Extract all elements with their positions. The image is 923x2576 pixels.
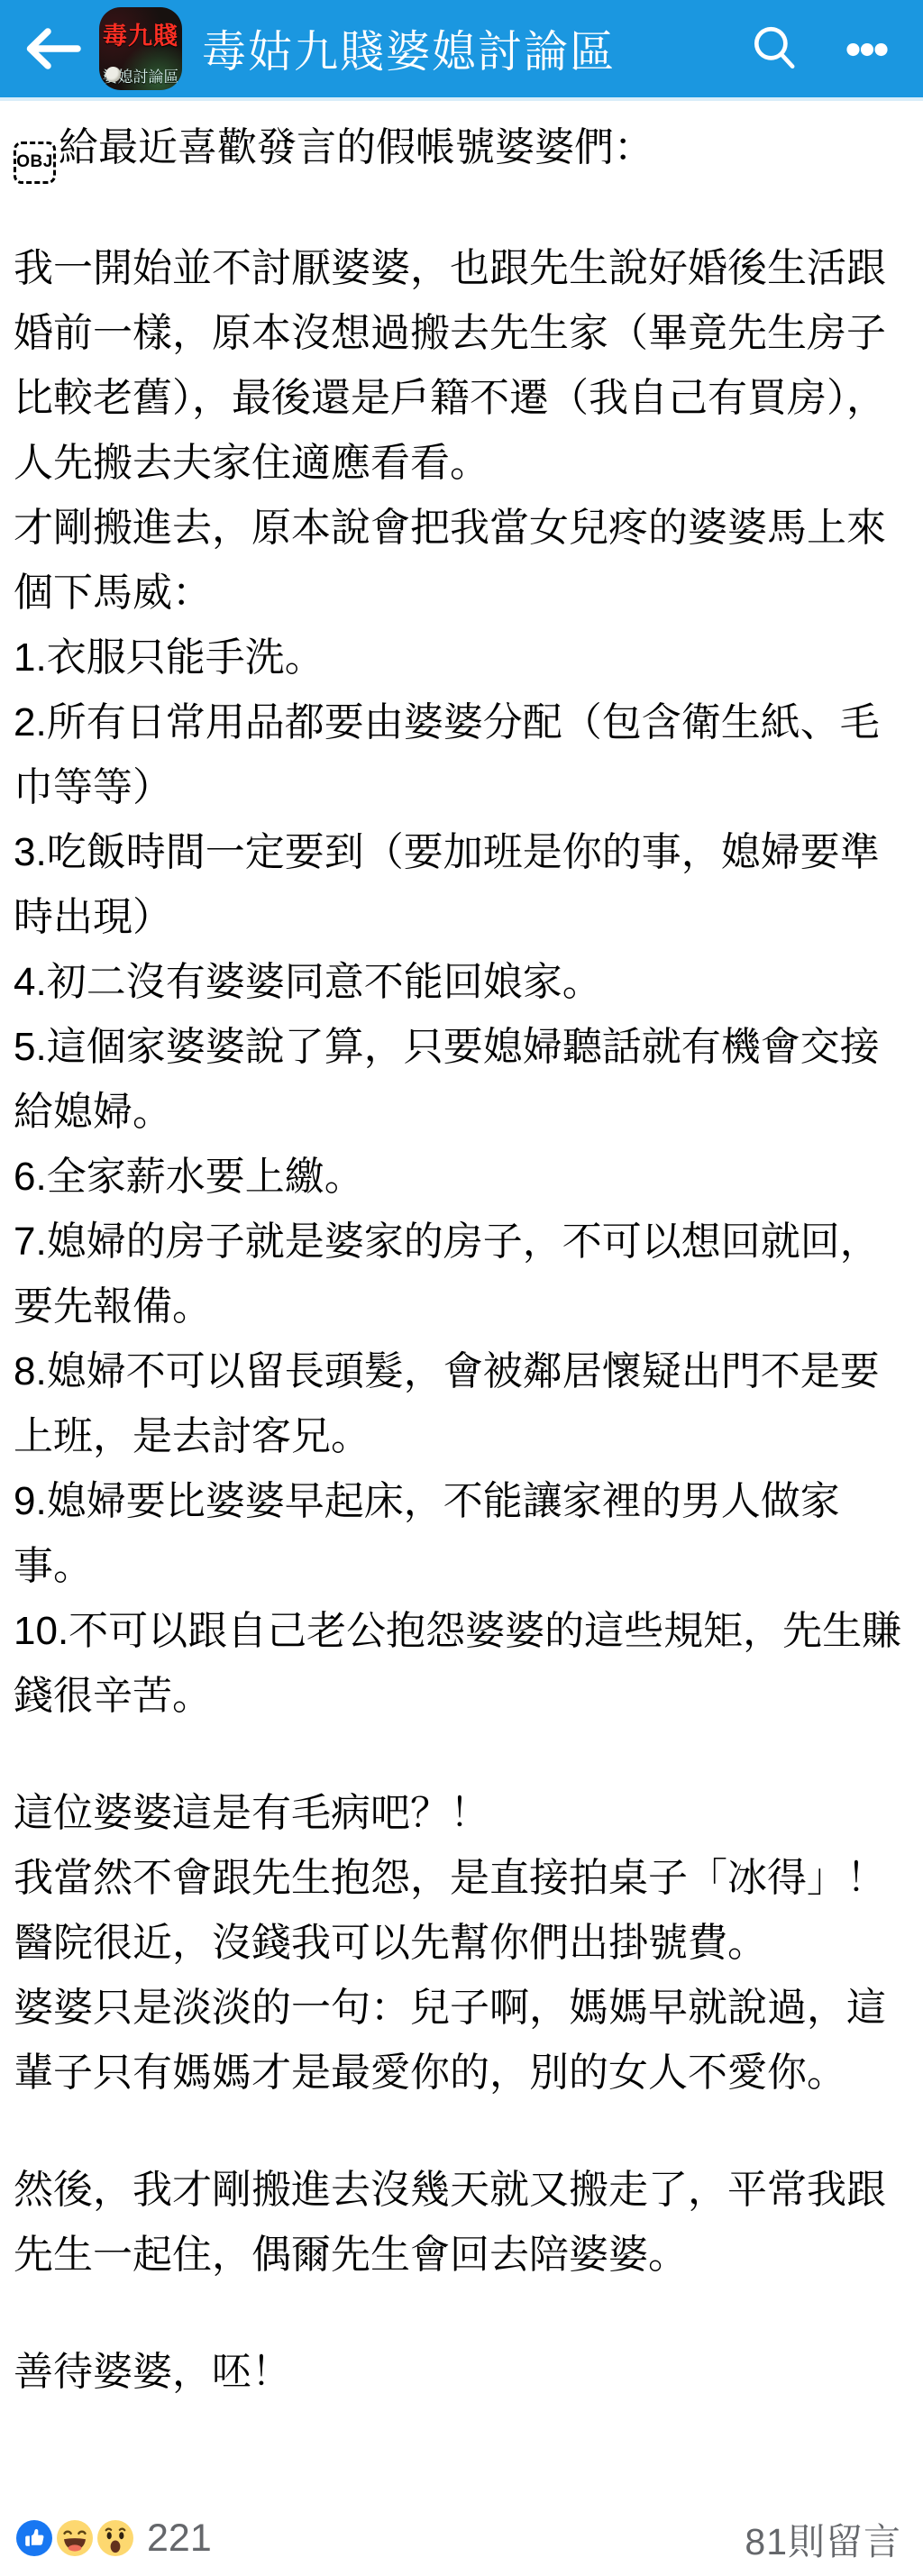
post-paragraph: 然後，我才剛搬進去沒幾天就又搬走了，平常我跟先生一起住，偶爾先生會回去陪婆婆。 xyxy=(14,2158,909,2288)
group-title[interactable]: 毒姑九賤婆媳討論區 xyxy=(202,17,746,80)
more-horizontal-icon xyxy=(841,23,893,75)
post-paragraph: 6.全家薪水要上繳。 xyxy=(14,1145,909,1210)
paragraph-spacer xyxy=(14,1729,909,1781)
reaction-icons[interactable] xyxy=(16,2520,133,2556)
post-paragraph: 4.初二沒有婆婆同意不能回娘家。 xyxy=(14,950,909,1015)
post-paragraph: 我一開始並不討厭婆婆，也跟先生說好婚後生活跟婚前一樣，原本沒想過搬去先生家（畢竟… xyxy=(14,236,909,496)
engagement-bar: 221 81則留言 xyxy=(0,2513,923,2576)
back-button[interactable] xyxy=(20,23,87,74)
comments-count[interactable]: 81則留言 xyxy=(745,2512,901,2565)
post-paragraph: 才剛搬進去，原本說會把我當女兒疼的婆婆馬上來個下馬威： xyxy=(14,496,909,626)
post-paragraph: 9.媳婦要比婆婆早起床，不能讓家裡的男人做家事。 xyxy=(14,1469,909,1599)
group-header: 毒九賤 婆媳討論區 毒姑九賤婆媳討論區 xyxy=(0,0,923,101)
post-paragraph: OBJ給最近喜歡發言的假帳號婆婆們： xyxy=(14,115,909,184)
group-avatar[interactable]: 毒九賤 婆媳討論區 xyxy=(99,7,182,90)
post-paragraph: 醫院很近，沒錢我可以先幫你們出掛號費。 xyxy=(14,1911,909,1976)
post-paragraph: 我當然不會跟先生抱怨，是直接拍桌子「冰得」！ xyxy=(14,1846,909,1911)
post-paragraph: 10.不可以跟自己老公抱怨婆婆的這些規矩，先生賺錢很辛苦。 xyxy=(14,1599,909,1729)
search-button[interactable] xyxy=(746,20,804,78)
post-paragraph: 善待婆婆，呸！ xyxy=(14,2340,909,2405)
paragraph-spacer xyxy=(14,2106,909,2158)
post-paragraph: 婆婆只是淡淡的一句：兒子啊，媽媽早就說過，這輩子只有媽媽才是最愛你的，別的女人不… xyxy=(14,1976,909,2106)
back-arrow-icon xyxy=(20,23,83,74)
post-paragraph: 3.吃飯時間一定要到（要加班是你的事，媳婦要準時出現） xyxy=(14,820,909,950)
like-reaction-icon xyxy=(16,2520,52,2556)
avatar-baseball-decor xyxy=(105,67,121,82)
post-paragraph: 7.媳婦的房子就是婆家的房子，不可以想回就回，要先報備。 xyxy=(14,1210,909,1339)
post-paragraph: 1.衣服只能手洗。 xyxy=(14,626,909,690)
haha-reaction-icon xyxy=(57,2520,93,2556)
reaction-count[interactable]: 221 xyxy=(147,2517,212,2561)
post-body: OBJ給最近喜歡發言的假帳號婆婆們：我一開始並不討厭婆婆，也跟先生說好婚後生活跟… xyxy=(0,101,923,2405)
search-icon xyxy=(749,23,801,75)
post-paragraph: 2.所有日常用品都要由婆婆分配（包含衛生紙、毛巾等等） xyxy=(14,690,909,820)
post-paragraph: 5.這個家婆婆說了算，只要媳婦聽話就有機會交接給媳婦。 xyxy=(14,1015,909,1145)
wow-reaction-icon xyxy=(97,2520,133,2556)
more-button[interactable] xyxy=(838,20,896,78)
paragraph-spacer xyxy=(14,2288,909,2340)
post-paragraph: 8.媳婦不可以留長頭髮，會被鄰居懷疑出門不是要上班，是去討客兄。 xyxy=(14,1339,909,1469)
post-paragraph: 這位婆婆這是有毛病吧？！ xyxy=(14,1781,909,1846)
paragraph-spacer xyxy=(14,184,909,236)
object-placeholder-icon: OBJ xyxy=(14,142,56,184)
avatar-text-top: 毒九賤 xyxy=(103,16,178,51)
